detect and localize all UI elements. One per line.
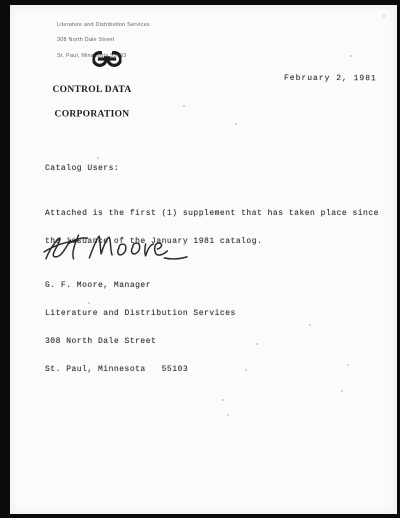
salutation: Catalog Users: xyxy=(45,164,119,173)
return-address-line: 308 North Dale Street xyxy=(57,38,150,43)
company-name-line2: CORPORATION xyxy=(46,111,138,119)
signature-block: G. F. Moore, Manager Literature and Dist… xyxy=(45,262,236,394)
company-wordmark: CONTROL DATA CORPORATION xyxy=(46,69,138,136)
scan-speck xyxy=(227,414,229,416)
signer-department: Literature and Distribution Services xyxy=(45,309,236,318)
scan-speck xyxy=(235,123,237,125)
scan-speck xyxy=(347,364,349,366)
scan-speck xyxy=(245,369,247,371)
return-address-line: Literature and Distribution Services xyxy=(57,23,150,28)
body-line: Attached is the first (1) supplement tha… xyxy=(45,209,379,218)
scan-speck xyxy=(309,324,311,326)
scan-speck xyxy=(222,399,224,401)
company-name-line1: CONTROL DATA xyxy=(46,86,138,94)
scan-speck xyxy=(341,390,343,392)
scan-speck xyxy=(97,157,99,159)
letter-date: February 2, 1981 xyxy=(284,74,377,83)
signer-name-title: G. F. Moore, Manager xyxy=(45,281,236,290)
signer-street: 308 North Dale Street xyxy=(45,337,236,346)
scanned-letter: Literature and Distribution Services 308… xyxy=(0,0,400,518)
scan-speck xyxy=(88,302,90,304)
signer-city-state-zip: St. Paul, Minnesota 55103 xyxy=(45,365,236,374)
scan-speck xyxy=(383,15,385,17)
scan-speck xyxy=(183,105,185,107)
scan-speck xyxy=(350,55,352,57)
scan-speck xyxy=(256,343,258,345)
